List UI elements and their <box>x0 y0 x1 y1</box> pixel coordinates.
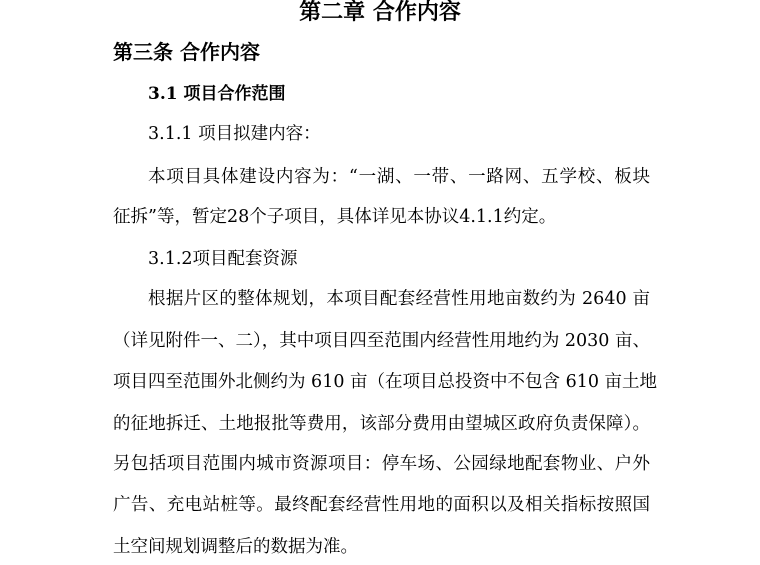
paragraph-line: 另包括项目范围内城市资源项目：停车场、公园绿地配套物业、户外 <box>113 452 650 476</box>
paragraph-line: 广告、充电站桩等。最终配套经营性用地的面积以及相关指标按照国 <box>113 493 650 517</box>
section-heading: 3.1 项目合作范围 <box>148 82 286 106</box>
paragraph-line: 项目四至范围外北侧约为 610 亩（在项目总投资中不包含 610 亩土地 <box>113 370 650 394</box>
paragraph-line: （详见附件一、二），其中项目四至范围内经营性用地约为 2030 亩、 <box>113 329 650 353</box>
paragraph-line: 征拆”等，暂定28个子项目，具体详见本协议4.1.1约定。 <box>113 205 556 229</box>
paragraph-line: 本项目具体建设内容为：“一湖、一带、一路网、五学校、板块 <box>148 165 650 189</box>
paragraph-line: 土空间规划调整后的数据为准。 <box>113 535 358 559</box>
chapter-title: 第二章 合作内容 <box>0 0 760 26</box>
subsection-heading-3-1-2: 3.1.2项目配套资源 <box>148 247 298 271</box>
article-title: 第三条 合作内容 <box>113 40 260 64</box>
paragraph-line: 的征地拆迁、土地报批等费用，该部分费用由望城区政府负责保障）。 <box>113 412 650 436</box>
paragraph-line: 根据片区的整体规划，本项目配套经营性用地亩数约为 2640 亩 <box>148 287 650 311</box>
subsection-heading-3-1-1: 3.1.1 项目拟建内容： <box>148 122 321 146</box>
